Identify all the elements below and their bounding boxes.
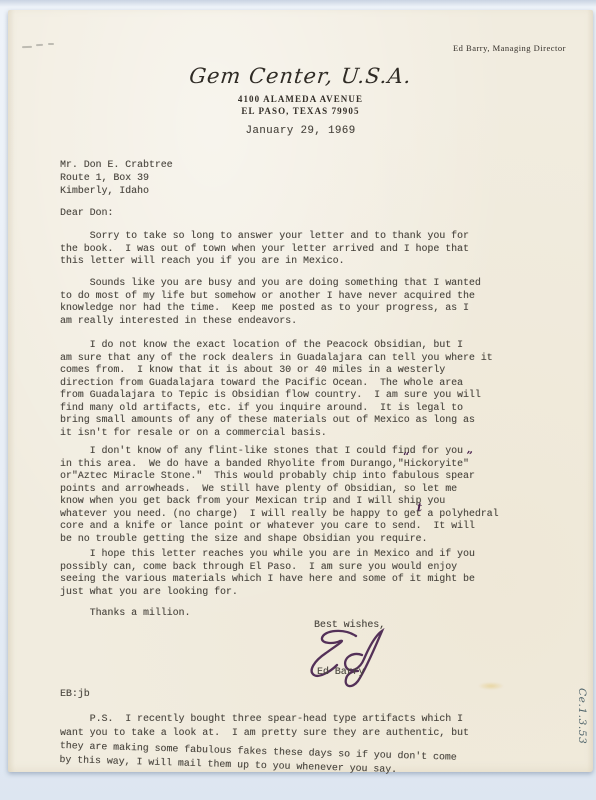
body-paragraph-1: Sorry to take so long to answer your let… xyxy=(60,230,560,268)
closing-thanks: Thanks a million. xyxy=(60,607,190,620)
pencil-mark xyxy=(36,44,43,46)
ink-quote-open-mark: “ xyxy=(403,452,409,462)
body-paragraph-5: I hope this letter reaches you while you… xyxy=(60,548,560,598)
scanned-letter: Ed Barry, Managing Director Gem Center, … xyxy=(0,0,596,800)
postscript-part1: P.S. I recently bought three spear-head … xyxy=(60,712,560,739)
letterhead-address-line2: EL PASO, TEXAS 79905 xyxy=(8,106,593,116)
handwritten-catalog-number: Ce.1.3.53 xyxy=(576,688,588,744)
signature-ed-ink xyxy=(302,628,388,688)
ink-insert-t-mark: t xyxy=(417,503,422,513)
postscript-part2: they are making some fabulous fakes thes… xyxy=(59,739,560,782)
pencil-mark xyxy=(22,46,32,48)
body-paragraph-2: Sounds like you are busy and you are doi… xyxy=(60,277,560,327)
company-name: Gem Center, U.S.A. xyxy=(7,64,595,88)
letterhead-address-line1: 4100 ALAMEDA AVENUE xyxy=(8,94,593,104)
body-paragraph-4: I don't know of any flint-like stones th… xyxy=(60,445,560,545)
salutation: Dear Don: xyxy=(60,207,113,220)
letter-paper: Ed Barry, Managing Director Gem Center, … xyxy=(8,10,593,772)
letter-date: January 29, 1969 xyxy=(8,125,593,138)
body-paragraph-3: I do not know the exact location of the … xyxy=(60,339,560,439)
managing-director-line: Ed Barry, Managing Director xyxy=(453,43,566,53)
reference-initials: EB:jb xyxy=(60,688,90,701)
paper-stain xyxy=(478,682,504,690)
recipient-address: Mr. Don E. Crabtree Route 1, Box 39 Kimb… xyxy=(60,158,173,197)
pencil-mark xyxy=(48,43,54,45)
typed-signature-name: Ed Barry xyxy=(317,666,364,679)
